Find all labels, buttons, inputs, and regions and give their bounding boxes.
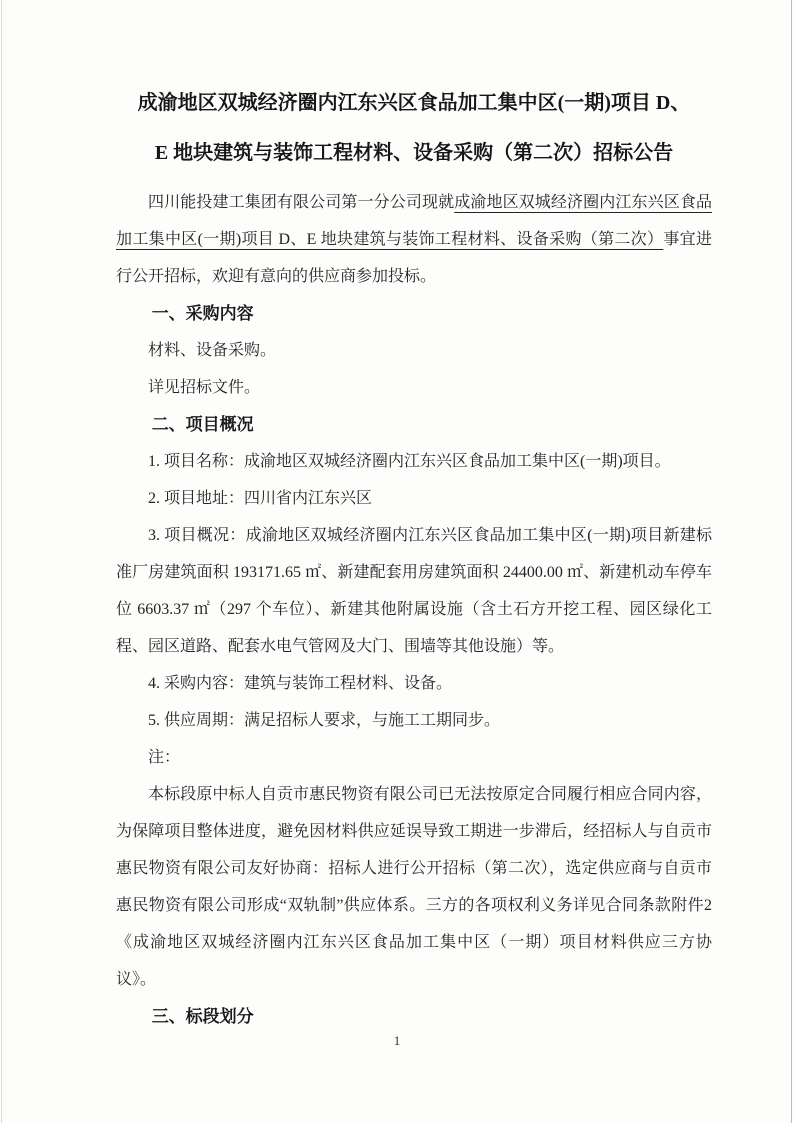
page-number: 1	[0, 1032, 794, 1050]
scan-edge-left	[1, 0, 2, 1123]
section-heading-lot-division: 三、标段划分	[116, 998, 712, 1035]
page-title: 成渝地区双城经济圈内江东兴区食品加工集中区(一期)项目 D、 E 地块建筑与装饰…	[116, 78, 712, 178]
section-heading-procurement-content: 一、采购内容	[116, 295, 712, 332]
scan-edge-right	[791, 0, 792, 1123]
page-title-line-1: 成渝地区双城经济圈内江东兴区食品加工集中区(一期)项目 D、	[116, 78, 712, 128]
document-page: 成渝地区双城经济圈内江东兴区食品加工集中区(一期)项目 D、 E 地块建筑与装饰…	[0, 0, 794, 1123]
paragraph-project-address: 2. 项目地址：四川省内江东兴区	[116, 480, 712, 517]
paragraph-project-summary: 3. 项目概况：成渝地区双城经济圈内江东兴区食品加工集中区(一期)项目新建标准厂…	[116, 517, 712, 665]
paragraph-procurement-scope: 材料、设备采购。	[116, 332, 712, 369]
intro-text-pre: 四川能投建工集团有限公司第一分公司现就	[148, 194, 454, 211]
paragraph-see-tender-docs: 详见招标文件。	[116, 369, 712, 406]
paragraph-note-label: 注：	[116, 739, 712, 776]
intro-paragraph: 四川能投建工集团有限公司第一分公司现就成渝地区双城经济圈内江东兴区食品加工集中区…	[116, 184, 712, 295]
page-title-line-2: E 地块建筑与装饰工程材料、设备采购（第二次）招标公告	[116, 128, 712, 178]
paragraph-note-body: 本标段原中标人自贡市惠民物资有限公司已无法按原定合同履行相应合同内容，为保障项目…	[116, 776, 712, 998]
paragraph-project-name: 1. 项目名称：成渝地区双城经济圈内江东兴区食品加工集中区(一期)项目。	[116, 443, 712, 480]
paragraph-supply-period: 5. 供应周期：满足招标人要求，与施工工期同步。	[116, 702, 712, 739]
section-heading-project-overview: 二、项目概况	[116, 406, 712, 443]
document-content: 成渝地区双城经济圈内江东兴区食品加工集中区(一期)项目 D、 E 地块建筑与装饰…	[116, 78, 712, 1035]
paragraph-procurement-items: 4. 采购内容：建筑与装饰工程材料、设备。	[116, 665, 712, 702]
